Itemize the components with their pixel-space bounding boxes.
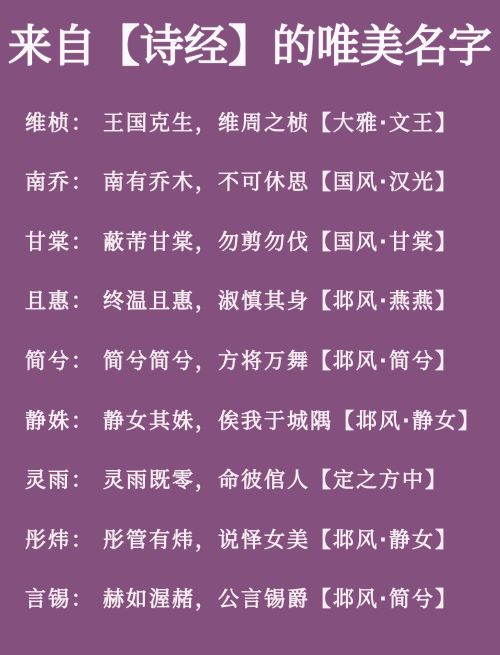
- entry-name-label: 灵雨：: [25, 464, 94, 494]
- entry-quote-text: 王国克生，维周之桢【大雅·文王】: [103, 107, 458, 137]
- name-entry-row-jingshu: 静姝： 静女其姝，俟我于城隅【邶风·静女】: [25, 390, 490, 450]
- entry-name-label: 甘棠：: [25, 226, 94, 256]
- name-entry-row-yanxi: 言锡： 赫如渥赭，公言锡爵【邶风·简兮】: [25, 569, 490, 629]
- name-entry-row-lingyu: 灵雨： 灵雨既零，命彼倌人【定之方中】: [25, 449, 490, 509]
- name-entry-row-qiehui: 且惠： 终温且惠，淑慎其身【邶风·燕燕】: [25, 271, 490, 331]
- entry-quote-text: 蔽芾甘棠，勿剪勿伐【国风·甘棠】: [103, 226, 458, 256]
- entry-name-label: 简兮：: [25, 345, 94, 375]
- name-entry-row-gantang: 甘棠： 蔽芾甘棠，勿剪勿伐【国风·甘棠】: [25, 211, 490, 271]
- name-entry-row-tongwei: 彤炜： 彤管有炜，说怿女美【邶风·静女】: [25, 509, 490, 569]
- name-list: 维桢： 王国克生，维周之桢【大雅·文王】 南乔： 南有乔木，不可休思【国风·汉光…: [25, 92, 490, 628]
- poster-card: 来自【诗经】的唯美名字 维桢： 王国克生，维周之桢【大雅·文王】 南乔： 南有乔…: [0, 0, 500, 655]
- entry-name-label: 维桢：: [25, 107, 94, 137]
- page-title: 来自【诗经】的唯美名字: [0, 20, 500, 74]
- entry-quote-text: 赫如渥赭，公言锡爵【邶风·简兮】: [103, 583, 458, 613]
- name-entry-row-weizhen: 维桢： 王国克生，维周之桢【大雅·文王】: [25, 92, 490, 152]
- entry-quote-text: 南有乔木，不可休思【国风·汉光】: [103, 166, 458, 196]
- entry-quote-text: 灵雨既零，命彼倌人【定之方中】: [103, 464, 448, 494]
- entry-quote-text: 静女其姝，俟我于城隅【邶风·静女】: [103, 405, 481, 435]
- entry-name-label: 言锡：: [25, 583, 94, 613]
- entry-quote-text: 简兮简兮，方将万舞【邶风·简兮】: [103, 345, 458, 375]
- entry-quote-text: 终温且惠，淑慎其身【邶风·燕燕】: [103, 285, 458, 315]
- name-entry-row-nanqiao: 南乔： 南有乔木，不可休思【国风·汉光】: [25, 152, 490, 212]
- entry-quote-text: 彤管有炜，说怿女美【邶风·静女】: [103, 524, 458, 554]
- name-entry-row-jianxi: 简兮： 简兮简兮，方将万舞【邶风·简兮】: [25, 330, 490, 390]
- entry-name-label: 静姝：: [25, 405, 94, 435]
- entry-name-label: 彤炜：: [25, 524, 94, 554]
- entry-name-label: 南乔：: [25, 166, 94, 196]
- entry-name-label: 且惠：: [25, 285, 94, 315]
